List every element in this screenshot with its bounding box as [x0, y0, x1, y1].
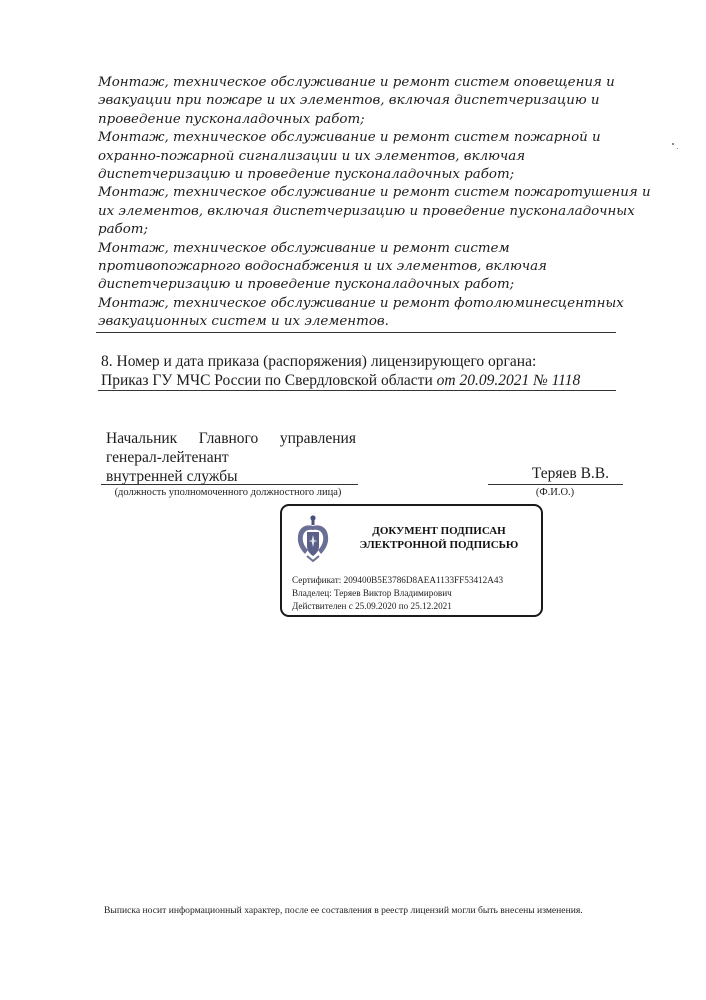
activity-line: Монтаж, техническое обслуживание и ремон… — [98, 129, 618, 147]
certificate-number: Сертификат: 209400B5E3786D8AEA1133FF5341… — [292, 574, 540, 587]
activity-line: диспетчеризацию и проведение пусконаладо… — [98, 166, 618, 184]
position-line-2: генерал-лейтенант — [106, 448, 356, 467]
activity-line: диспетчеризацию и проведение пусконаладо… — [98, 276, 618, 294]
activity-line: противопожарного водоснабжения и их элем… — [98, 258, 618, 276]
certificate-validity: Действителен с 25.09.2020 по 25.12.2021 — [292, 600, 540, 613]
activity-line: проведение пусконаладочных работ; — [98, 111, 618, 129]
position-word: управления — [280, 429, 356, 448]
signatory-position: Начальник Главного управления генерал-ле… — [106, 429, 356, 486]
stamp-certificate-info: Сертификат: 209400B5E3786D8AEA1133FF5341… — [292, 574, 540, 613]
position-word: Главного — [199, 429, 259, 448]
activity-line: эвакуационных систем и их элементов. — [98, 313, 618, 331]
position-caption: (должность уполномоченного должностного … — [108, 486, 348, 499]
electronic-signature-stamp: ДОКУМЕНТ ПОДПИСАН ЭЛЕКТРОННОЙ ПОДПИСЬЮ С… — [280, 504, 543, 617]
stamp-title-line: ДОКУМЕНТ ПОДПИСАН — [344, 524, 534, 538]
activity-line: Монтаж, техническое обслуживание и ремон… — [98, 240, 618, 258]
underline-divider — [96, 332, 616, 333]
mchs-emblem-icon — [296, 514, 330, 564]
activity-line: эвакуации при пожаре и их элементов, вкл… — [98, 92, 618, 110]
footer-note: Выписка носит информационный характер, п… — [104, 905, 624, 917]
activity-line: их элементов, включая диспетчеризацию и … — [98, 203, 618, 221]
signature-line-name — [488, 484, 623, 485]
order-heading: 8. Номер и дата приказа (распоряжения) л… — [101, 352, 621, 371]
position-line-1: Начальник Главного управления — [106, 429, 356, 448]
scan-speck — [672, 143, 674, 145]
position-word: Начальник — [106, 429, 177, 448]
stamp-title-line: ЭЛЕКТРОННОЙ ПОДПИСЬЮ — [344, 538, 534, 552]
certificate-owner: Владелец: Теряев Виктор Владимирович — [292, 587, 540, 600]
name-caption: (Ф.И.О.) — [515, 486, 595, 499]
scan-speck — [677, 148, 678, 149]
signatory-name: Теряев В.В. — [488, 464, 623, 483]
order-details: Приказ ГУ МЧС России по Свердловской обл… — [101, 371, 621, 390]
order-issuer: Приказ ГУ МЧС России по Свердловской обл… — [101, 372, 437, 389]
document-page: Монтаж, техническое обслуживание и ремон… — [0, 0, 706, 1000]
licensed-activities-list: Монтаж, техническое обслуживание и ремон… — [98, 74, 618, 332]
signature-line-position — [101, 484, 358, 485]
activity-line: Монтаж, техническое обслуживание и ремон… — [98, 74, 618, 92]
activity-line: охранно-пожарной сигнализации и их элеме… — [98, 148, 618, 166]
activity-line: Монтаж, техническое обслуживание и ремон… — [98, 295, 618, 313]
activity-line: работ; — [98, 221, 618, 239]
stamp-title: ДОКУМЕНТ ПОДПИСАН ЭЛЕКТРОННОЙ ПОДПИСЬЮ — [344, 524, 534, 552]
order-date-number: от 20.09.2021 № 1118 — [437, 372, 581, 389]
order-section: 8. Номер и дата приказа (распоряжения) л… — [101, 352, 621, 390]
underline-divider — [98, 390, 616, 391]
activity-line: Монтаж, техническое обслуживание и ремон… — [98, 184, 618, 202]
